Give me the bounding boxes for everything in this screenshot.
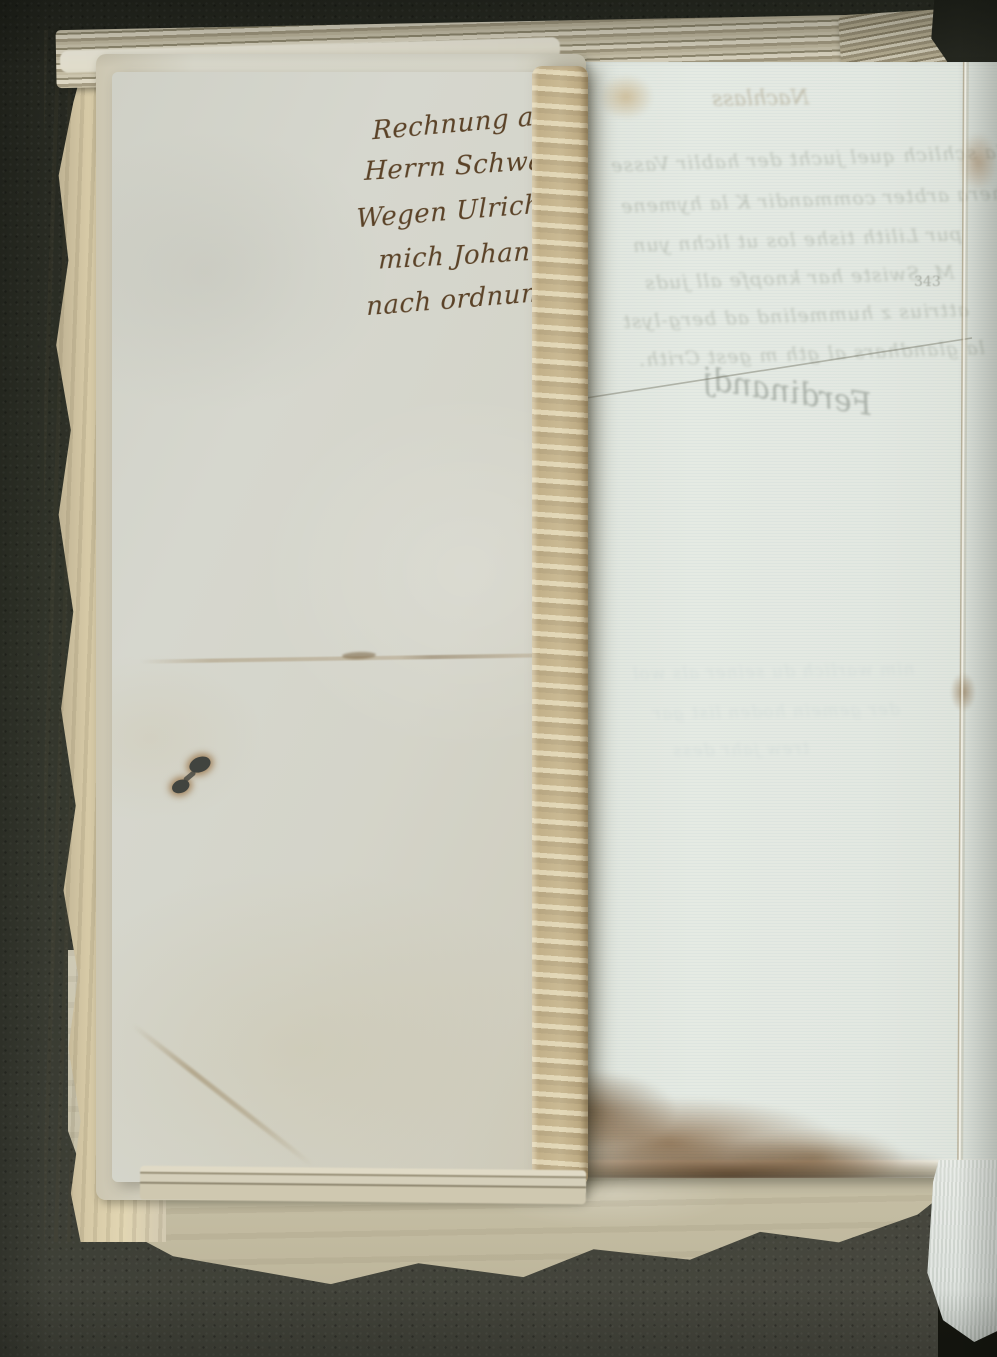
left-page: Rechnung an Meinen Herrn Schwager Herrn … — [112, 72, 584, 1182]
ink-blot-bridge — [183, 770, 197, 783]
ghost-bleedthrough-header: Nachlass — [712, 85, 809, 111]
tan-stain-blob — [598, 74, 654, 120]
manuscript-photo: Nachlass Ja schlich quel jucht der habli… — [0, 0, 997, 1357]
large-brown-water-stain — [562, 1022, 942, 1178]
deep-ghost-line: trew jahr dess — [672, 739, 810, 761]
left-page-bottom-sheet-edges — [140, 1166, 586, 1205]
faint-ink-stroke — [580, 294, 980, 414]
fabric-flap — [926, 1160, 997, 1342]
right-page: Nachlass Ja schlich quel jucht der habli… — [562, 62, 997, 1178]
faint-folio-number: 343 — [914, 274, 941, 290]
worn-fold-edge-strip — [532, 66, 588, 1186]
